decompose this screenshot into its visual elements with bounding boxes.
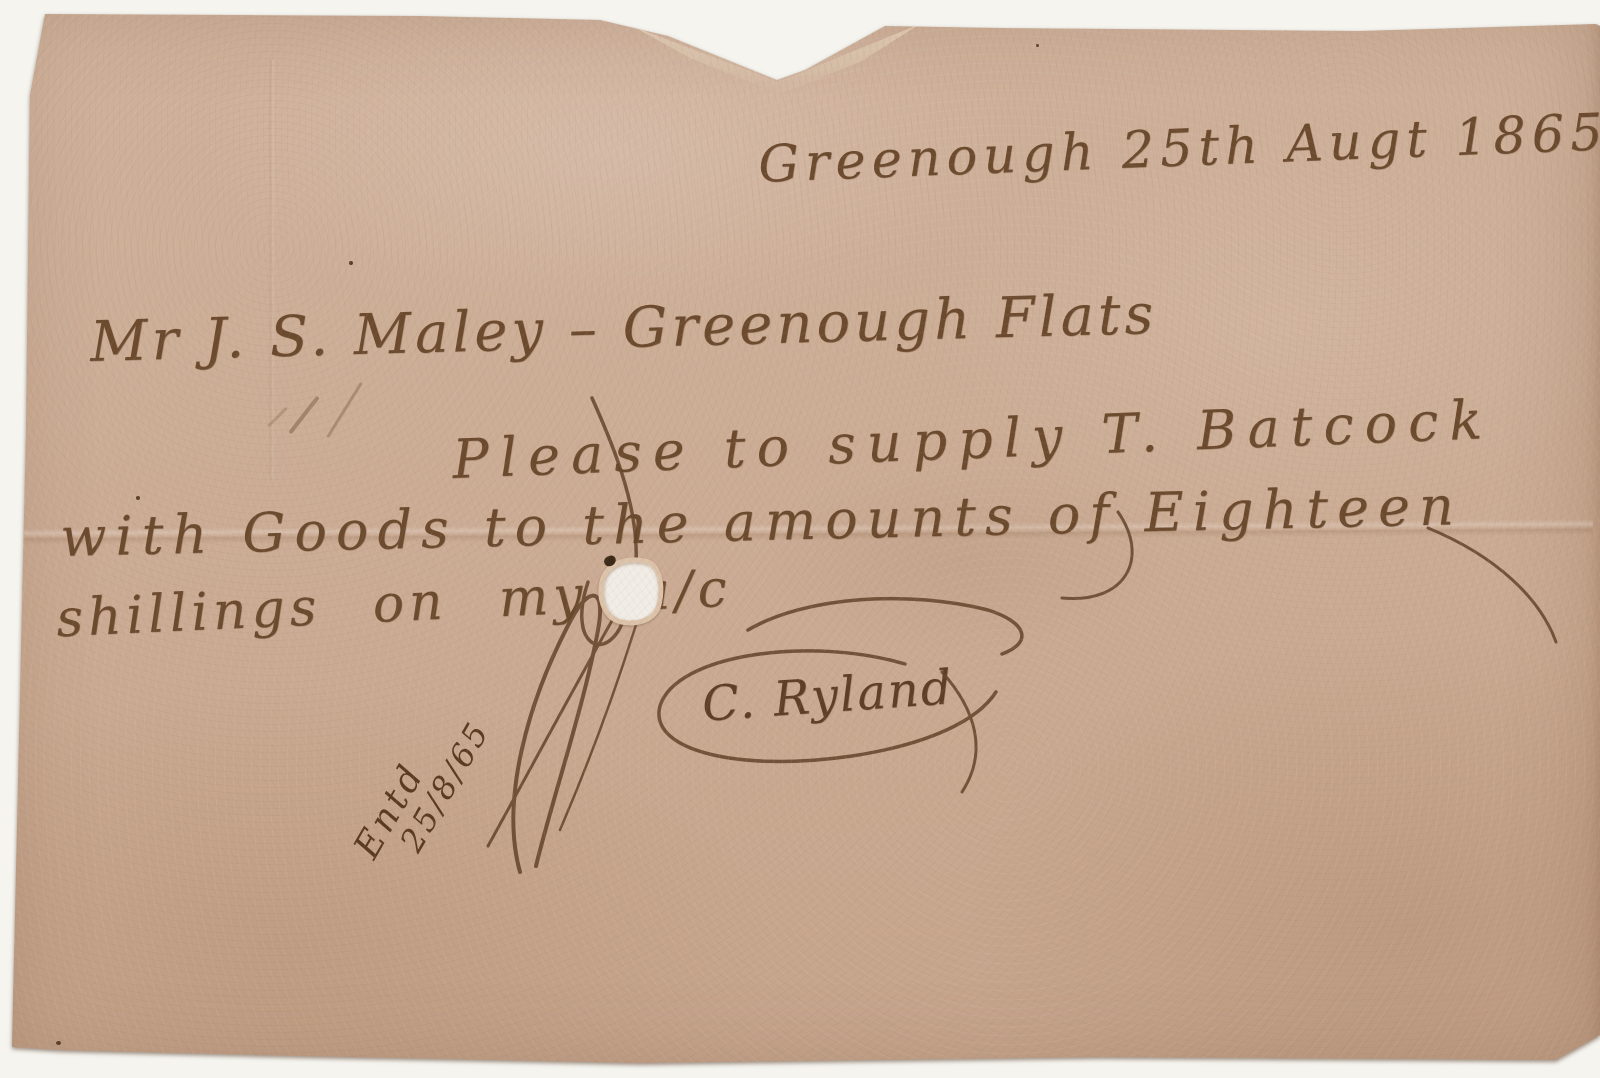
entry-annotation: Entd 25/8/65 bbox=[348, 697, 496, 882]
request-line-3: shillings on my a/c bbox=[55, 559, 733, 650]
entry-scribble-hairline bbox=[560, 612, 640, 830]
entry-annotation-date: 25/8/65 bbox=[395, 716, 496, 858]
paper-speck-5 bbox=[1056, 18, 1059, 21]
paper-shadow-wrap: Greenough 25th Augt 1865 — Mr J. S. Male… bbox=[0, 0, 1600, 1078]
scanned-document: Greenough 25th Augt 1865 — Mr J. S. Male… bbox=[0, 0, 1600, 1078]
horizontal-fold-crease bbox=[18, 519, 1593, 545]
paper-hole-dark-speck bbox=[603, 554, 618, 568]
entry-scribble-stroke bbox=[488, 596, 626, 846]
signature-top-sweep bbox=[748, 599, 1022, 654]
pen-flourishes bbox=[0, 0, 1600, 1078]
ink-smudge-3 bbox=[267, 407, 288, 428]
request-line-2: with Goods to the amounts of Eighteen bbox=[59, 474, 1463, 569]
ink-smudge-1 bbox=[288, 396, 319, 435]
paper-speck-4 bbox=[1036, 44, 1039, 47]
top-edge-fold-notch bbox=[620, 18, 940, 96]
paper-speck-3 bbox=[56, 1041, 61, 1045]
of-descender-flourish bbox=[1062, 512, 1132, 599]
signature: C. Ryland bbox=[700, 659, 955, 732]
supply-descender-flourish bbox=[582, 398, 637, 645]
paper-speck-2 bbox=[136, 496, 140, 500]
vertical-fold-crease bbox=[268, 60, 275, 480]
paper-speck-1 bbox=[349, 261, 353, 265]
signature-tail-flourish bbox=[942, 672, 976, 792]
document-paper: Greenough 25th Augt 1865 — Mr J. S. Male… bbox=[0, 0, 1600, 1078]
entry-annotation-word: Entd bbox=[348, 697, 467, 865]
signature-oval-flourish bbox=[659, 651, 996, 762]
entry-scribble-loop bbox=[513, 596, 600, 872]
ink-smudge-2 bbox=[326, 382, 362, 438]
date-line: Greenough 25th Augt 1865 — bbox=[757, 100, 1600, 195]
paper-hole bbox=[591, 549, 672, 633]
stain-top-right bbox=[1561, 0, 1587, 13]
addressee-line: Mr J. S. Maley – Greenough Flats bbox=[89, 282, 1158, 375]
request-line-1: Please to supply T. Batcock bbox=[451, 388, 1494, 491]
eighteen-tail-flourish bbox=[1428, 528, 1556, 642]
